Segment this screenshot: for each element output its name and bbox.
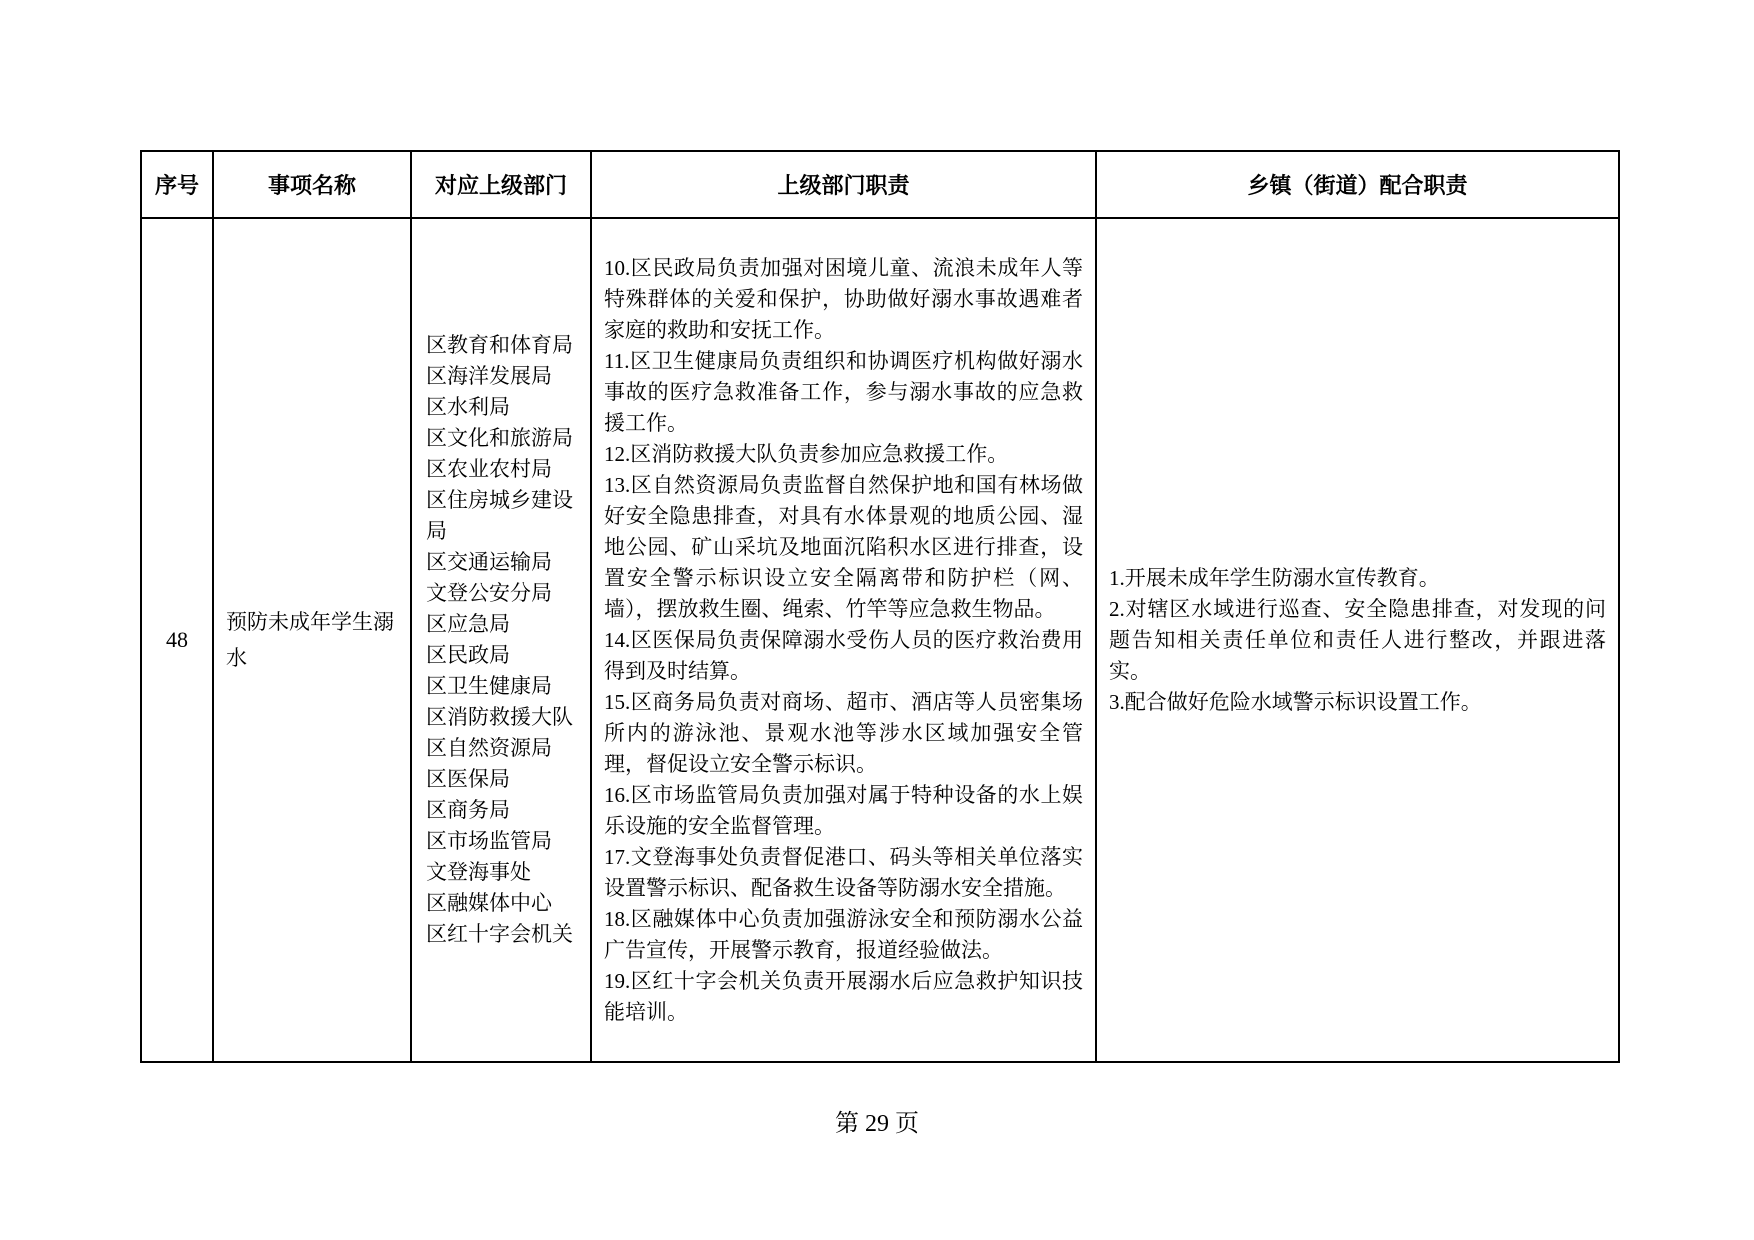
department-item: 区民政局 [426, 640, 580, 671]
department-list: 区教育和体育局区海洋发展局区水利局区文化和旅游局区农业农村局区住房城乡建设局区交… [426, 330, 580, 950]
header-superior-duties: 上级部门职责 [591, 151, 1096, 218]
document-page: 序号 事项名称 对应上级部门 上级部门职责 乡镇（街道）配合职责 48 预防未成… [0, 0, 1754, 1240]
cell-item-name: 预防未成年学生溺水 [213, 218, 411, 1062]
department-item: 区卫生健康局 [426, 671, 580, 702]
department-item: 区应急局 [426, 609, 580, 640]
department-item: 文登海事处 [426, 857, 580, 888]
township-duty-list: 1.开展未成年学生防溺水宣传教育。2.对辖区水域进行巡查、安全隐患排查，对发现的… [1109, 563, 1606, 718]
superior-duty-item: 15.区商务局负责对商场、超市、酒店等人员密集场所内的游泳池、景观水池等涉水区域… [604, 687, 1083, 780]
superior-duty-item: 10.区民政局负责加强对困境儿童、流浪未成年人等特殊群体的关爱和保护，协助做好溺… [604, 253, 1083, 346]
township-duty-item: 2.对辖区水域进行巡查、安全隐患排查，对发现的问题告知相关责任单位和责任人进行整… [1109, 594, 1606, 687]
cell-superior-duties: 10.区民政局负责加强对困境儿童、流浪未成年人等特殊群体的关爱和保护，协助做好溺… [591, 218, 1096, 1062]
superior-duty-item: 17.文登海事处负责督促港口、码头等相关单位落实设置警示标识、配备救生设备等防溺… [604, 842, 1083, 904]
department-item: 区消防救援大队 [426, 702, 580, 733]
superior-duty-item: 14.区医保局负责保障溺水受伤人员的医疗救治费用得到及时结算。 [604, 625, 1083, 687]
department-item: 区文化和旅游局 [426, 423, 580, 454]
header-departments: 对应上级部门 [411, 151, 591, 218]
department-item: 区医保局 [426, 764, 580, 795]
superior-duty-item: 12.区消防救援大队负责参加应急救援工作。 [604, 439, 1083, 470]
department-item: 区农业农村局 [426, 454, 580, 485]
superior-duty-item: 16.区市场监管局负责加强对属于特种设备的水上娱乐设施的安全监督管理。 [604, 780, 1083, 842]
superior-duty-item: 13.区自然资源局负责监督自然保护地和国有林场做好安全隐患排查，对具有水体景观的… [604, 470, 1083, 625]
header-serial: 序号 [141, 151, 213, 218]
department-item: 区水利局 [426, 392, 580, 423]
superior-duty-item: 11.区卫生健康局负责组织和协调医疗机构做好溺水事故的医疗急救准备工作，参与溺水… [604, 346, 1083, 439]
department-item: 区海洋发展局 [426, 361, 580, 392]
department-item: 文登公安分局 [426, 578, 580, 609]
department-item: 区红十字会机关 [426, 919, 580, 950]
township-duty-item: 3.配合做好危险水域警示标识设置工作。 [1109, 687, 1606, 718]
superior-duty-item: 19.区红十字会机关负责开展溺水后应急救护知识技能培训。 [604, 966, 1083, 1028]
cell-departments: 区教育和体育局区海洋发展局区水利局区文化和旅游局区农业农村局区住房城乡建设局区交… [411, 218, 591, 1062]
department-item: 区商务局 [426, 795, 580, 826]
department-item: 区市场监管局 [426, 826, 580, 857]
page-number: 第 29 页 [0, 1103, 1754, 1138]
table-header-row: 序号 事项名称 对应上级部门 上级部门职责 乡镇（街道）配合职责 [141, 151, 1619, 218]
header-township-duties: 乡镇（街道）配合职责 [1096, 151, 1619, 218]
cell-township-duties: 1.开展未成年学生防溺水宣传教育。2.对辖区水域进行巡查、安全隐患排查，对发现的… [1096, 218, 1619, 1062]
table-row: 48 预防未成年学生溺水 区教育和体育局区海洋发展局区水利局区文化和旅游局区农业… [141, 218, 1619, 1062]
township-duty-item: 1.开展未成年学生防溺水宣传教育。 [1109, 563, 1606, 594]
department-item: 区教育和体育局 [426, 330, 580, 361]
superior-duty-item: 18.区融媒体中心负责加强游泳安全和预防溺水公益广告宣传，开展警示教育，报道经验… [604, 904, 1083, 966]
department-item: 区融媒体中心 [426, 888, 580, 919]
department-item: 区住房城乡建设局 [426, 485, 580, 547]
department-item: 区自然资源局 [426, 733, 580, 764]
department-item: 区交通运输局 [426, 547, 580, 578]
header-item-name: 事项名称 [213, 151, 411, 218]
superior-duty-list: 10.区民政局负责加强对困境儿童、流浪未成年人等特殊群体的关爱和保护，协助做好溺… [604, 253, 1083, 1028]
cell-serial: 48 [141, 218, 213, 1062]
duty-table: 序号 事项名称 对应上级部门 上级部门职责 乡镇（街道）配合职责 48 预防未成… [140, 150, 1620, 1063]
